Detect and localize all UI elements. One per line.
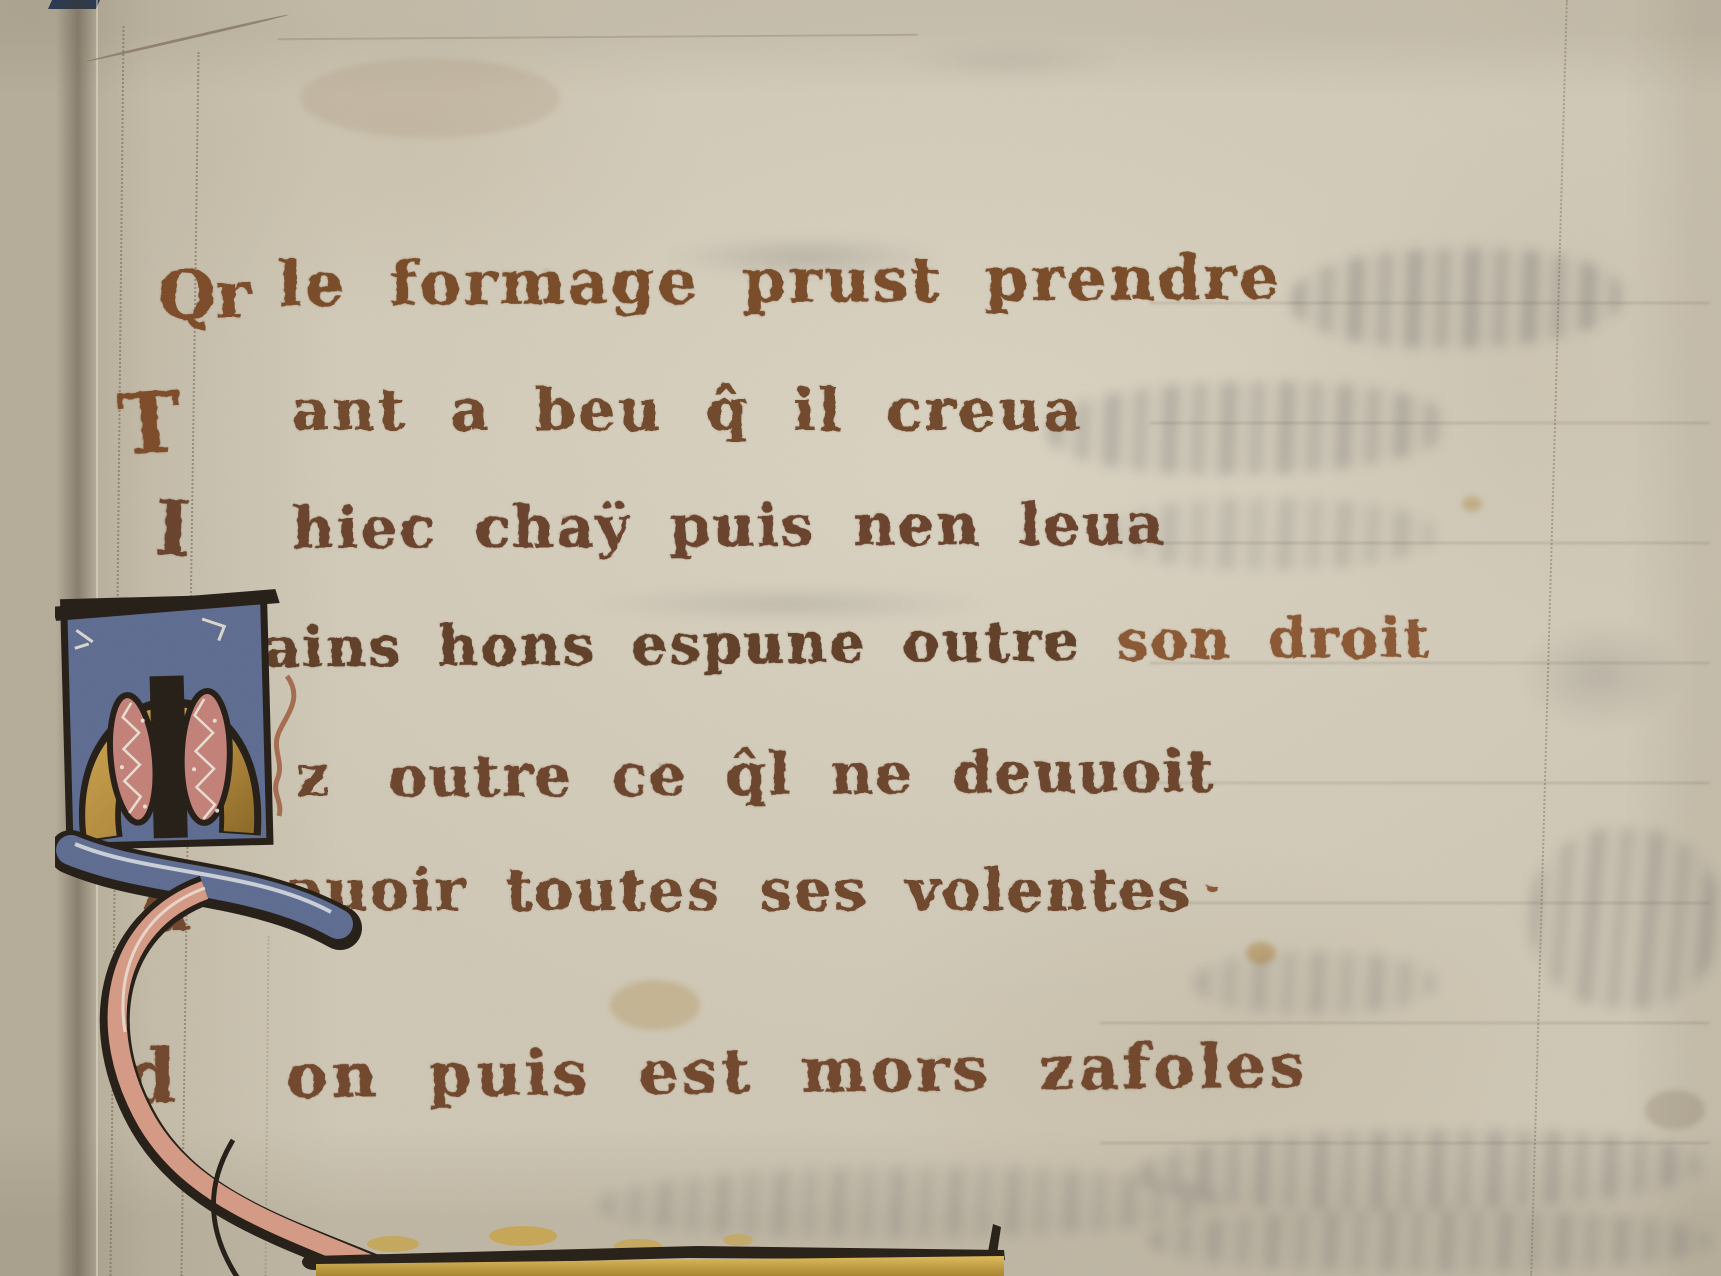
line-initial: I — [153, 483, 193, 574]
show-through — [1490, 600, 1710, 750]
rust-flourish — [276, 676, 294, 816]
line-initial: T — [115, 372, 184, 475]
text-line-4-end: son droit — [1116, 605, 1431, 674]
illuminated-initial-M — [55, 580, 475, 1276]
show-through — [1195, 952, 1435, 1014]
show-through — [1139, 1125, 1700, 1215]
stain — [300, 58, 560, 138]
text-line-5: outre ce q̂l ne deuuoit — [388, 737, 1216, 811]
text-line-1: le formage prust prendre — [278, 240, 1282, 320]
ruling-line-horizontal — [278, 34, 918, 40]
text-line-3: hiec chaÿ puis nen leua — [292, 490, 1166, 563]
show-through — [1291, 245, 1623, 351]
manuscript-page: Qr T I z d d le formage prust prendre an… — [0, 0, 1721, 1276]
show-through — [1527, 825, 1721, 1012]
bottom-illumination-fragment — [298, 1206, 1022, 1276]
line-filler-dash: - — [1206, 869, 1220, 904]
stain — [610, 980, 700, 1030]
stain — [1645, 1090, 1705, 1130]
stain — [1462, 496, 1482, 512]
show-through — [1150, 1210, 1710, 1272]
stain — [1246, 942, 1276, 964]
scratch-mark — [86, 13, 289, 63]
text-line-2: ant a beu q̂ il creua — [292, 376, 1084, 444]
verso-ruling — [1100, 1022, 1710, 1024]
show-through — [860, 34, 1160, 88]
line-initial: Qr — [158, 256, 250, 334]
show-through — [1047, 379, 1449, 478]
